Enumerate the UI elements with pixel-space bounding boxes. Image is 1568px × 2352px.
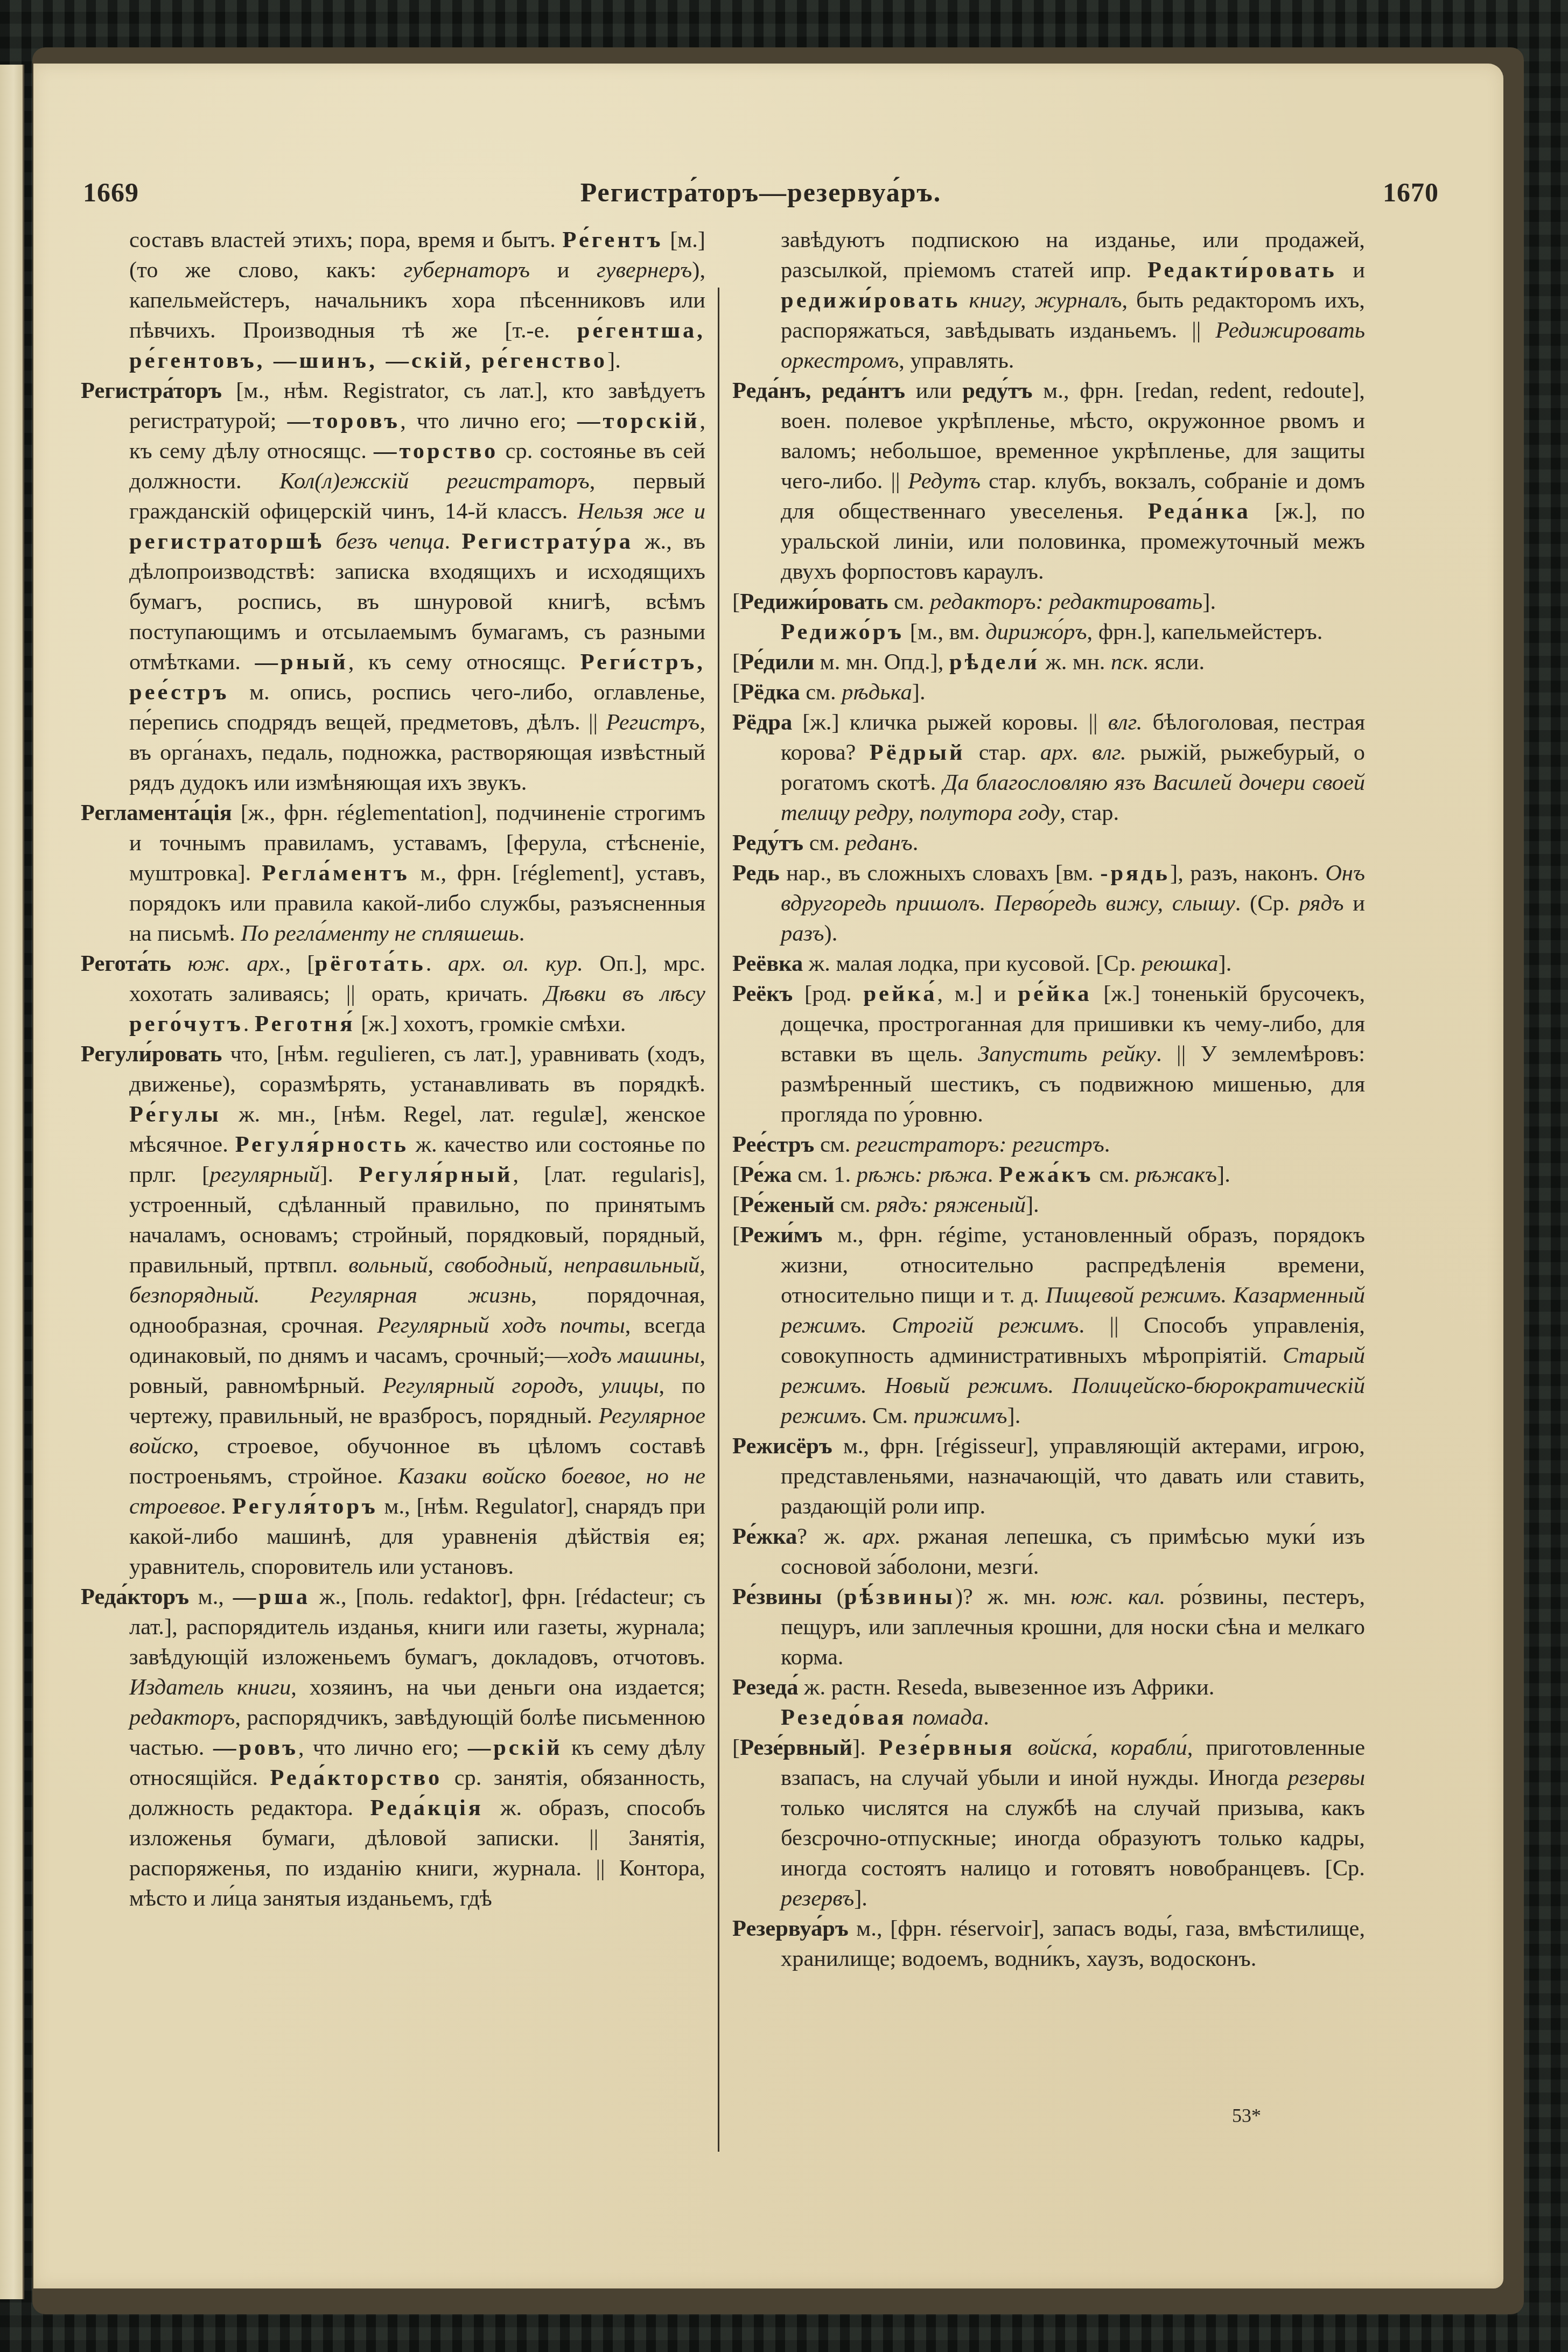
headword: Режи́мъ [740, 1222, 822, 1248]
headword: Реду́тъ [732, 830, 803, 856]
page-number-left: 1669 [83, 177, 139, 208]
derived-form: Регуля́торъ [232, 1494, 378, 1519]
derived-form: Ре́гентъ [563, 227, 663, 253]
definition-text: )? ж. мн. [955, 1584, 1070, 1609]
dictionary-entry: Регистра́торъ [м., нѣм. Registrator, съ … [81, 376, 705, 798]
dictionary-entry: Реёкъ [род. рейка́, м.] и ре́йка [ж.] то… [732, 979, 1365, 1130]
definition-text: , хозяинъ, на чьи деньги она издается; [291, 1675, 705, 1700]
definition-text [1014, 1735, 1027, 1760]
derived-form: Реда́кторство [270, 1765, 442, 1790]
example-italic: рѣдька [842, 680, 912, 705]
headword: Ре́дили [740, 649, 814, 675]
dictionary-entry: Реда́нъ, реда́нтъ или реду́тъ м., фрн. [… [732, 376, 1365, 587]
definition-text: . [220, 1494, 232, 1519]
dictionary-entry: Регота́ть юж. арх., [рёгота́ть. арх. ол.… [81, 949, 705, 1039]
definition-text: . [1104, 1132, 1110, 1157]
dictionary-entry: Ре́жка? ж. арх. ржаная лепешка, съ примѣ… [732, 1522, 1365, 1582]
example-italic: арх. ол. кур. [448, 951, 583, 976]
example-italic: разъ [781, 921, 824, 946]
headword: Ре́звины [732, 1584, 822, 1609]
definition-text: и [1337, 257, 1365, 283]
dictionary-entry: Редь нар., въ сложныхъ словахъ [вм. -ряд… [732, 858, 1365, 949]
derived-form: редижи́ровать [781, 288, 961, 313]
example-italic: Редутъ [908, 468, 981, 494]
headword: Реёкъ [732, 981, 793, 1006]
definition-text: ( [822, 1584, 844, 1609]
dictionary-entry: Реду́тъ см. реданъ. [732, 828, 1365, 858]
left-column: составъ властей этихъ; пора, время и быт… [81, 225, 705, 1914]
definition-text: , что лично его; [298, 1735, 468, 1760]
dictionary-entry: Реёвка ж. малая лодка, при кусовой. [Ср.… [732, 949, 1365, 979]
example-italic: резервы [1288, 1765, 1365, 1790]
example-italic: реданъ [845, 830, 913, 856]
definition-text: см. [814, 1132, 856, 1157]
definition-text: или [905, 378, 962, 403]
right-column: завѣдуютъ подпискою на изданье, или прод… [732, 225, 1365, 1974]
derived-form: -рядь [1100, 860, 1170, 886]
dictionary-entry: Рёдра [ж.] кличка рыжей коровы. || влг. … [732, 708, 1365, 828]
example-italic: Издатель книги [129, 1675, 291, 1700]
headword: Резервуа́ръ [732, 1916, 849, 1941]
derived-form: ре́йка [1018, 981, 1091, 1006]
headword: Рее́стръ [732, 1132, 814, 1157]
definition-text: стар. [965, 740, 1040, 765]
example-italic: безъ чепца [324, 529, 445, 554]
example-italic: регистраторъ: регистръ [856, 1132, 1104, 1157]
example-italic: войска́, корабли́ [1028, 1735, 1187, 1760]
headword: Реда́нъ, реда́нтъ [732, 378, 905, 403]
definition-text: [ [732, 1192, 740, 1217]
definition-text: . [913, 830, 919, 856]
dictionary-entry: [Редижи́ровать см. редакторъ: редактиров… [732, 587, 1365, 617]
definition-text [961, 288, 969, 313]
derived-form: рѣ́звины [844, 1584, 955, 1609]
definition-text: [ [732, 589, 740, 614]
derived-form: Реготня́ [255, 1011, 355, 1037]
definition-text: ]. [854, 1886, 867, 1911]
definition-text: м., [189, 1584, 233, 1609]
derived-form: Регистрату́ра [461, 529, 633, 554]
dictionary-entry: Режисёръ м., фрн. [régisseur], управляющ… [732, 1431, 1365, 1522]
dictionary-entry: Рее́стръ см. регистраторъ: регистръ. [732, 1130, 1365, 1160]
derived-form: —ровъ [213, 1735, 298, 1760]
headword: Резе́рвный [740, 1735, 852, 1760]
definition-text: см. 1. [792, 1162, 857, 1187]
dictionary-entry: [Резе́рвный]. Резе́рвныя войска́, корабл… [732, 1733, 1365, 1914]
definition-text: ? ж. [797, 1524, 862, 1549]
example-italic: юж. арх. [187, 951, 285, 976]
example-italic: книгу, журналъ [969, 288, 1122, 313]
definition-text: . [243, 1011, 255, 1037]
definition-text: ]. [1007, 1403, 1021, 1429]
example-italic: Нельзя же и [577, 499, 705, 524]
derived-form: регистраторшѣ [129, 529, 324, 554]
dictionary-entry: Ре́звины (рѣ́звины)? ж. мн. юж. кал. ро́… [732, 1582, 1365, 1672]
headword: Рёдра [732, 710, 792, 735]
example-italic: редакторъ [129, 1705, 235, 1730]
definition-text [171, 951, 187, 976]
definition-text: только числятся на службѣ на случай приз… [781, 1795, 1365, 1881]
headword: Ре́жа [740, 1162, 792, 1187]
definition-text: ]. [852, 1735, 879, 1760]
headword: Реёвка [732, 951, 803, 976]
example-italic: гувернеръ [597, 257, 692, 283]
derived-form: рейка́ [863, 981, 937, 1006]
example-italic: Кол(л)ежскій регистраторъ [279, 468, 590, 494]
example-italic: Регулярный ходъ почты [377, 1313, 625, 1338]
page-number-right: 1670 [1383, 177, 1439, 208]
dictionary-entry: Резервуа́ръ м., [фрн. réservoir], запасъ… [732, 1914, 1365, 1974]
headword: Регота́ть [81, 951, 171, 976]
derived-form: Регуля́рность [235, 1132, 409, 1157]
definition-text: ]. [320, 1162, 359, 1187]
definition-text: , фрн.], капельмейстеръ. [1087, 619, 1322, 645]
headword: Регламента́ція [81, 800, 232, 825]
example-italic: редакторъ: редактировать [930, 589, 1202, 614]
definition-text: м., [фрн. réservoir], запасъ воды́, газа… [781, 1916, 1365, 1971]
definition-text: [ж.] кличка рыжей коровы. || [792, 710, 1108, 735]
dictionary-page: 1669 Регистра́торъ—резервуа́ръ. 1670 сос… [33, 64, 1503, 2288]
definition-text: [ [732, 680, 740, 705]
definition-text: см. [1094, 1162, 1136, 1187]
definition-text: ]. [1219, 951, 1232, 976]
running-header: 1669 Регистра́торъ—резервуа́ръ. 1670 [83, 177, 1439, 220]
definition-text: ]. [607, 348, 621, 373]
definition-text: ]. [1217, 1162, 1230, 1187]
dictionary-entry: Реда́кторъ м., —рша ж., [поль. redaktor]… [81, 1582, 705, 1914]
derived-form: Реда́кція [370, 1795, 484, 1821]
definition-text: , стар. [1060, 800, 1119, 825]
headword: Редижи́ровать [740, 589, 888, 614]
example-italic: прижимъ [914, 1403, 1007, 1429]
derived-form: Редижо́ръ [781, 619, 904, 645]
definition-text: [ж.] хохотъ, громкіе смѣхи. [355, 1011, 626, 1037]
headword: Регистра́торъ [81, 378, 222, 403]
example-italic: рѣжь: рѣжа [857, 1162, 988, 1187]
headword: реду́тъ [962, 378, 1032, 403]
entry-continuation: Редижо́ръ [м., вм. дирижо́ръ, фрн.], кап… [732, 617, 1365, 647]
column-divider [718, 288, 719, 2152]
definition-text: ж. малая лодка, при кусовой. [Ср. [803, 951, 1142, 976]
definition-text: [ [732, 1222, 740, 1248]
definition-text: см. [800, 680, 842, 705]
definition-text: ]. [912, 680, 926, 705]
derived-form: —торство [374, 438, 498, 464]
derived-form: Резедо́вая [781, 1705, 907, 1730]
example-italic: помада [912, 1705, 983, 1730]
derived-form: Резе́рвныя [879, 1735, 1014, 1760]
example-italic: рядъ [1299, 891, 1343, 916]
derived-form: —рный [255, 649, 348, 675]
definition-text: нар., въ сложныхъ словахъ [вм. [780, 860, 1101, 886]
example-italic: По регла́менту не спляшешь [241, 921, 519, 946]
example-italic: арх. [863, 1524, 901, 1549]
derived-form: —торовъ [288, 408, 401, 433]
dictionary-entry: Регули́ровать что, [нѣм. regulieren, съ … [81, 1039, 705, 1582]
headword: Рёдка [740, 680, 800, 705]
definition-text: , [ [285, 951, 314, 976]
definition-text: . [426, 951, 448, 976]
entry-continuation: Резедо́вая помада. [732, 1703, 1365, 1733]
example-italic: дирижо́ръ [985, 619, 1087, 645]
definition-text: ). [824, 921, 838, 946]
headword: Ре́жка [732, 1524, 797, 1549]
definition-text: . [519, 921, 525, 946]
derived-form: Ре́гулы [129, 1102, 221, 1127]
definition-text: ясли. [1149, 649, 1205, 675]
headword: Режисёръ [732, 1433, 832, 1459]
dictionary-entry: [Ре́женый см. рядъ: ряженый]. [732, 1190, 1365, 1220]
dictionary-entry: [Ре́дили м. мн. Опд.], рѣдели́ ж. мн. пс… [732, 647, 1365, 677]
entry-continuation: завѣдуютъ подпискою на изданье, или прод… [732, 225, 1365, 376]
definition-text: [род. [793, 981, 863, 1006]
example-italic: реюшка [1142, 951, 1218, 976]
example-italic: Запустить рейку [978, 1041, 1156, 1067]
definition-text: ], разъ, наконъ. [1170, 860, 1325, 886]
derived-form: рёгота́ть [315, 951, 426, 976]
definition-text: , м.] и [937, 981, 1018, 1006]
derived-form: Реда́нка [1148, 499, 1251, 524]
page-title: Регистра́торъ—резервуа́ръ. [580, 177, 942, 208]
headword: Регули́ровать [81, 1041, 222, 1067]
definition-text: [ [732, 649, 740, 675]
definition-text: . См. [861, 1403, 914, 1429]
example-italic: арх. влг. [1040, 740, 1126, 765]
headword: Редь [732, 860, 780, 886]
headword: Реда́кторъ [81, 1584, 189, 1609]
derived-form: Рёдрый [870, 740, 965, 765]
dictionary-entry: [Ре́жа см. 1. рѣжь: рѣжа. Режа́къ см. рѣ… [732, 1160, 1365, 1190]
definition-text: ж. растн. Reseda, вывезенное изъ Африки. [798, 1675, 1214, 1700]
definition-text: . (Ср. [1235, 891, 1299, 916]
derived-form: —торскій [577, 408, 699, 433]
definition-text: ж. мн. [1040, 649, 1111, 675]
dictionary-entry: Резеда́ ж. растн. Reseda, вывезенное изъ… [732, 1672, 1365, 1703]
definition-text: м., фрн. [régisseur], управляющій актера… [781, 1433, 1365, 1519]
example-italic: влг. [1108, 710, 1143, 735]
dictionary-entry: [Рёдка см. рѣдька]. [732, 677, 1365, 708]
definition-text: [ [732, 1162, 740, 1187]
definition-text: ]. [1202, 589, 1216, 614]
signature-mark: 53* [1232, 2104, 1261, 2127]
example-italic: ходъ машины [568, 1343, 699, 1368]
definition-text: . [445, 529, 462, 554]
definition-text: , къ сему относящс. [348, 649, 580, 675]
definition-text: [м., вм. [904, 619, 985, 645]
definition-text: . [988, 1162, 999, 1187]
dictionary-entry: [Режи́мъ м., фрн. régime, установленный … [732, 1220, 1365, 1431]
definition-text: и [1344, 891, 1365, 916]
derived-form: —рша [233, 1584, 310, 1609]
entry-continuation: составъ властей этихъ; пора, время и быт… [81, 225, 705, 376]
definition-text: составъ властей этихъ; пора, время и быт… [129, 227, 563, 253]
definition-text: ]. [1026, 1192, 1039, 1217]
example-italic: губернаторъ [404, 257, 530, 283]
headword: Резеда́ [732, 1675, 798, 1700]
example-italic: юж. кал. [1070, 1584, 1165, 1609]
dictionary-entry: Регламента́ція [ж., фрн. réglementation]… [81, 798, 705, 949]
definition-text: см. [888, 589, 930, 614]
derived-form: рѣдели́ [949, 649, 1040, 675]
example-italic: резервъ [781, 1886, 854, 1911]
derived-form: Режа́къ [999, 1162, 1094, 1187]
derived-form: —рскій [468, 1735, 563, 1760]
definition-text: [ [732, 1735, 740, 1760]
derived-form: рего́чутъ [129, 1011, 243, 1037]
example-italic: пск. [1111, 649, 1149, 675]
example-italic: рядъ: ряженый [876, 1192, 1026, 1217]
example-italic: Регистръ [606, 710, 699, 735]
definition-text [907, 1705, 913, 1730]
derived-form: Редакти́ровать [1147, 257, 1337, 283]
definition-text: , управлять. [899, 348, 1014, 373]
example-italic: рѣжакъ [1135, 1162, 1217, 1187]
adjacent-page-edge [0, 65, 24, 2299]
definition-text: , что лично его; [400, 408, 577, 433]
example-italic: Дѣвки въ лѣсу [544, 981, 705, 1006]
example-italic: регулярный [209, 1162, 320, 1187]
definition-text: см. [835, 1192, 877, 1217]
definition-text: м. мн. Опд.], [814, 649, 949, 675]
headword: Ре́женый [740, 1192, 835, 1217]
definition-text: см. [803, 830, 845, 856]
example-italic: Регулярный городъ, улицы [382, 1373, 659, 1398]
derived-form: Регла́ментъ [262, 860, 409, 886]
definition-text: . [983, 1705, 989, 1730]
definition-text: и [530, 257, 597, 283]
derived-form: Регуля́рный [359, 1162, 513, 1187]
